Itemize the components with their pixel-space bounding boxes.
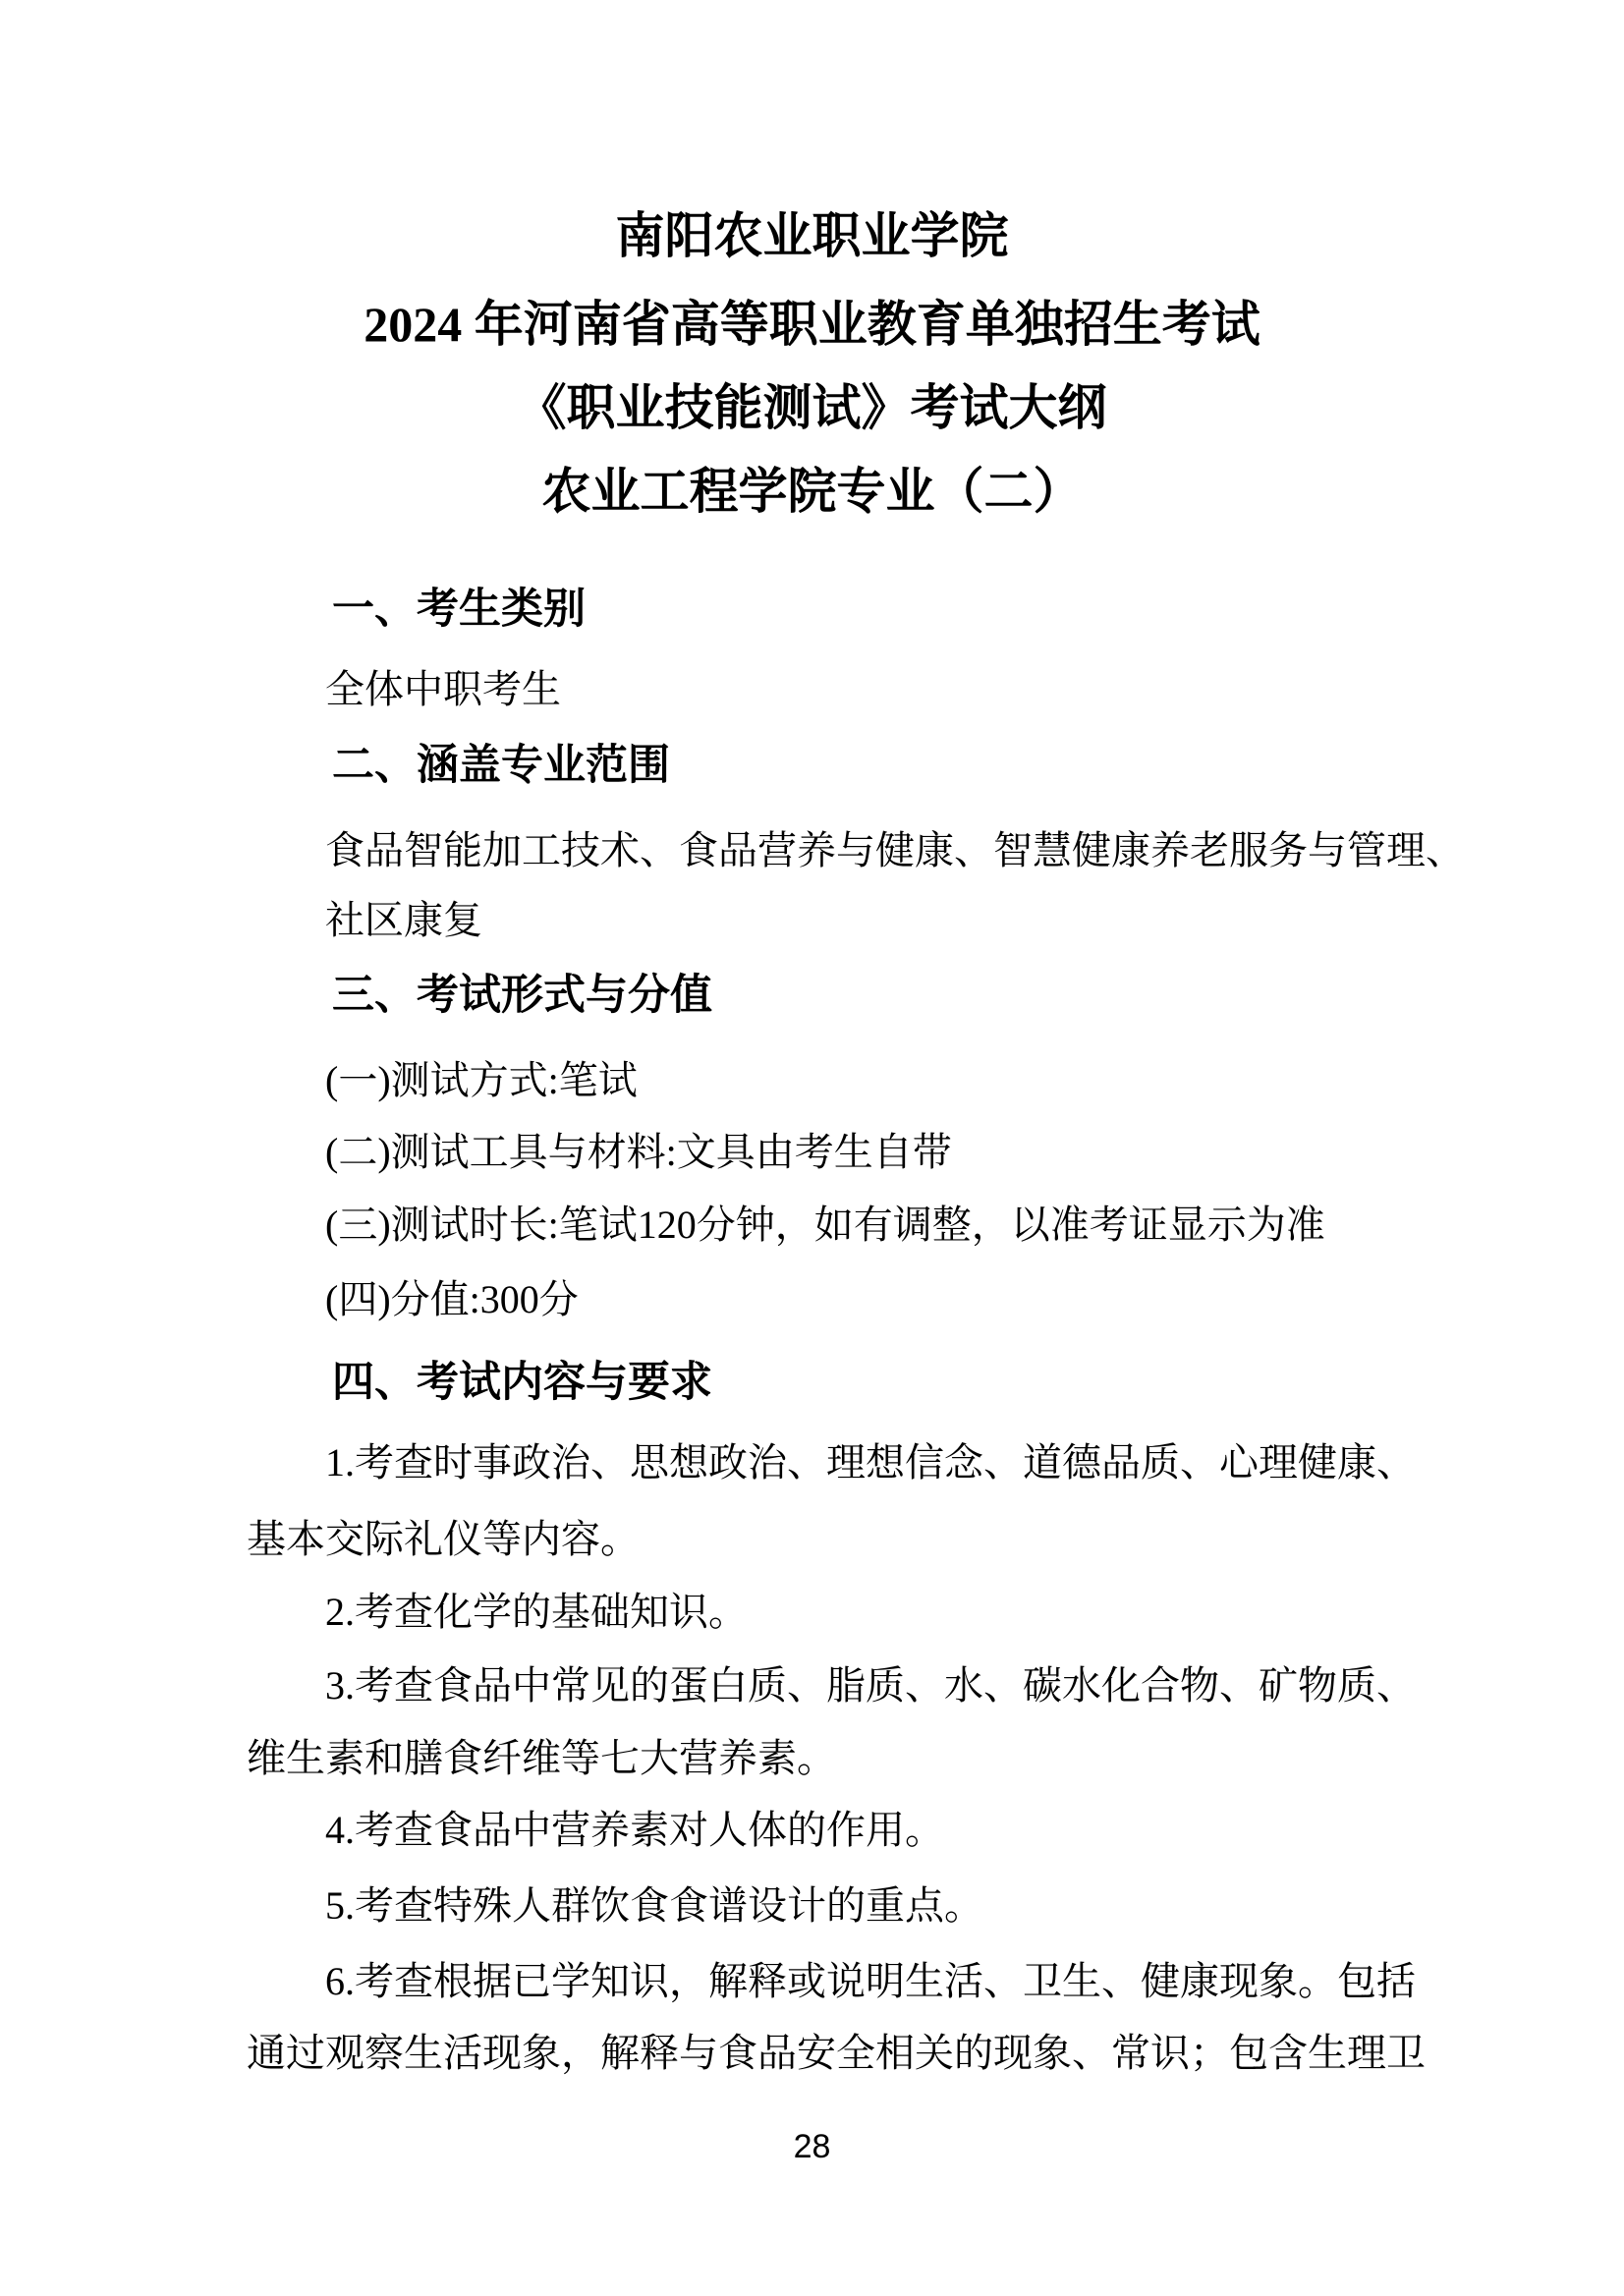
document-page: 南阳农业职业学院 2024 年河南省高等职业教育单独招生考试 《职业技能测试》考…	[0, 0, 1624, 2296]
body-line: 3.考查食品中常见的蛋白质、脂质、水、碳水化合物、矿物质、	[325, 1660, 1416, 1711]
page-number: 28	[0, 2127, 1624, 2166]
body-line: (一)测试方式:笔试	[325, 1055, 638, 1106]
body-line: 1.考查时事政治、思想政治、理想信念、道德品质、心理健康、	[325, 1437, 1416, 1488]
body-line: 基本交际礼仪等内容。	[247, 1514, 640, 1565]
body-line: 全体中职考生	[325, 664, 561, 715]
body-line: 食品智能加工技术、食品营养与健康、智慧健康养老服务与管理、	[325, 825, 1465, 876]
body-line: (三)测试时长:笔试120分钟，如有调整，以准考证显示为准	[325, 1200, 1325, 1251]
title-school-name: 南阳农业职业学院	[0, 205, 1624, 266]
body-line: 6.考查根据已学知识，解释或说明生活、卫生、健康现象。包括	[325, 1956, 1416, 2007]
heading-examinee-category: 一、考生类别	[332, 583, 586, 638]
heading-covered-majors: 二、涵盖专业范围	[332, 739, 670, 794]
heading-exam-content-requirements: 四、考试内容与要求	[332, 1356, 712, 1411]
body-line: (四)分值:300分	[325, 1274, 579, 1325]
body-line: 维生素和膳食纤维等七大营养素。	[247, 1733, 836, 1784]
title-exam-name: 2024 年河南省高等职业教育单独招生考试	[0, 294, 1624, 355]
body-line: 2.考查化学的基础知识。	[325, 1587, 748, 1638]
body-line: 社区康复	[325, 895, 482, 946]
body-line: 5.考查特殊人群饮食食谱设计的重点。	[325, 1880, 983, 1932]
title-outline-name: 《职业技能测试》考试大纲	[0, 377, 1624, 438]
title-major-group: 农业工程学院专业（二）	[0, 461, 1624, 522]
heading-exam-format-score: 三、考试形式与分值	[332, 969, 712, 1024]
body-line: 4.考查食品中营养素对人体的作用。	[325, 1805, 944, 1856]
body-line: (二)测试工具与材料:文具由考生自带	[325, 1127, 952, 1178]
body-line: 通过观察生活现象，解释与食品安全相关的现象、常识；包含生理卫	[247, 2028, 1426, 2079]
